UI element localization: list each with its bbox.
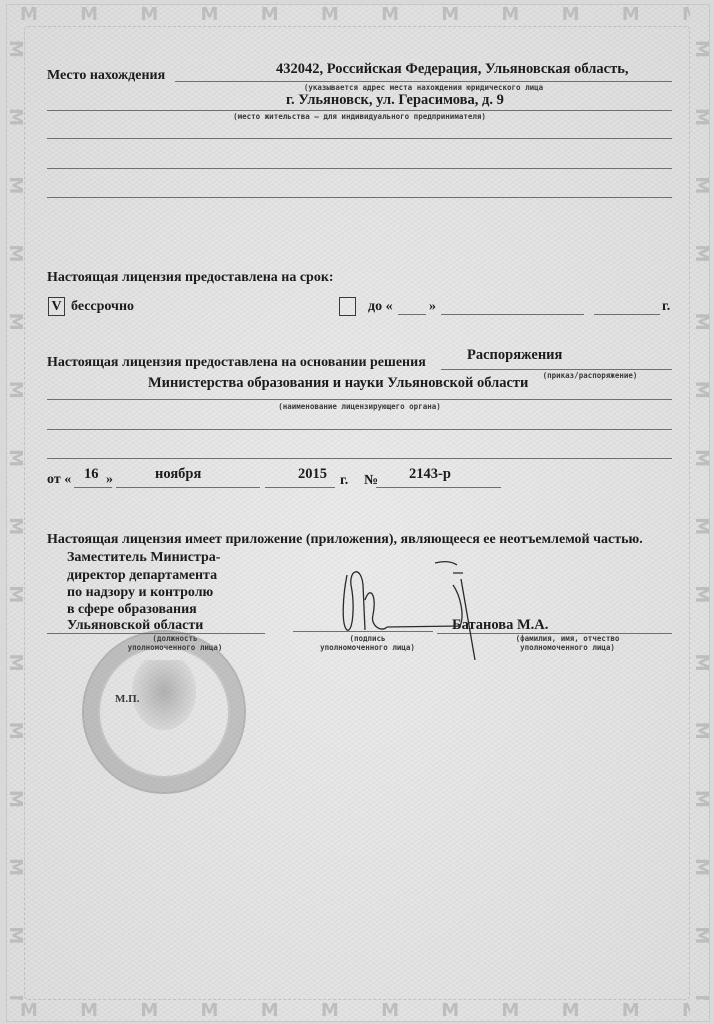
date-year-line [265,487,335,488]
guilloche-frame [24,26,690,1000]
number-value: 2143-р [409,466,451,483]
until-quote-close: » [429,299,436,315]
until-month-line [441,314,584,315]
location-hint-1: (указывается адрес места нахождения юрид… [175,83,672,92]
signatory-position-line-1: Заместитель Министра- [67,550,220,566]
border-pattern-right: M M M M M M M M M M M M M M M M M M M M … [690,40,712,1000]
term-label: Настоящая лицензия предоставлена на срок… [47,270,334,286]
signatory-position-line-3: по надзору и контролю [67,585,213,601]
until-label: до « [368,299,393,315]
indefinite-label: бессрочно [71,299,134,315]
decision-type-hint: (приказ/распоряжение) [505,371,675,380]
decision-type-underline [441,369,672,370]
date-month-value: ноября [155,466,201,483]
location-value-line2: г. Ульяновск, ул. Герасимова, д. 9 [286,92,504,109]
border-pattern-bottom: M M M M M M M M M M M M M M M M M M M M … [20,1000,690,1022]
indefinite-checkbox[interactable]: V [48,297,65,316]
authority-hint: (наименование лицензирующего органа) [47,402,672,411]
authority-underline [47,399,672,400]
location-underline-1 [175,81,672,82]
date-quote-close: » [106,472,113,488]
appendix-note: Настоящая лицензия имеет приложение (при… [47,532,643,548]
until-day-line [398,314,426,315]
blank-line-2 [47,168,672,169]
stamp-placeholder-label: М.П. [115,693,139,705]
blank-line-1 [47,138,672,139]
border-pattern-left: M M M M M M M M M M M M M M M M M M M M … [4,40,26,1000]
blank-line-5 [47,458,672,459]
date-year-suffix: г. [340,473,348,489]
location-hint-2: (место жительства – для индивидуального … [47,112,672,121]
authority-value: Министерства образования и науки Ульянов… [148,375,528,392]
date-year-value: 2015 [298,466,327,483]
number-line [376,487,501,488]
handwritten-signature [325,555,505,660]
date-day-value: 16 [84,466,99,483]
date-from-label: от « [47,472,71,488]
decision-type-value: Распоряжения [467,347,562,364]
basis-label: Настоящая лицензия предоставлена на осно… [47,355,426,371]
until-year-line [594,314,660,315]
location-value-line1: 432042, Российская Федерация, Ульяновска… [276,61,629,78]
coat-of-arms-icon [132,660,196,730]
until-checkbox[interactable] [339,297,356,316]
signatory-position-line-4: в сфере образования [67,602,197,618]
name-hint: (фамилия, имя, отчество уполномоченного … [495,634,640,652]
location-label: Место нахождения [47,68,165,84]
date-month-line [116,487,260,488]
blank-line-4 [47,429,672,430]
blank-line-3 [47,197,672,198]
location-underline-2 [47,110,672,111]
official-seal [82,630,246,794]
signatory-position-line-2: директор департамента [67,568,217,584]
until-year-suffix: г. [662,299,670,315]
border-pattern-top: M M M M M M M M M M M M M M M M M M M M … [20,4,690,26]
